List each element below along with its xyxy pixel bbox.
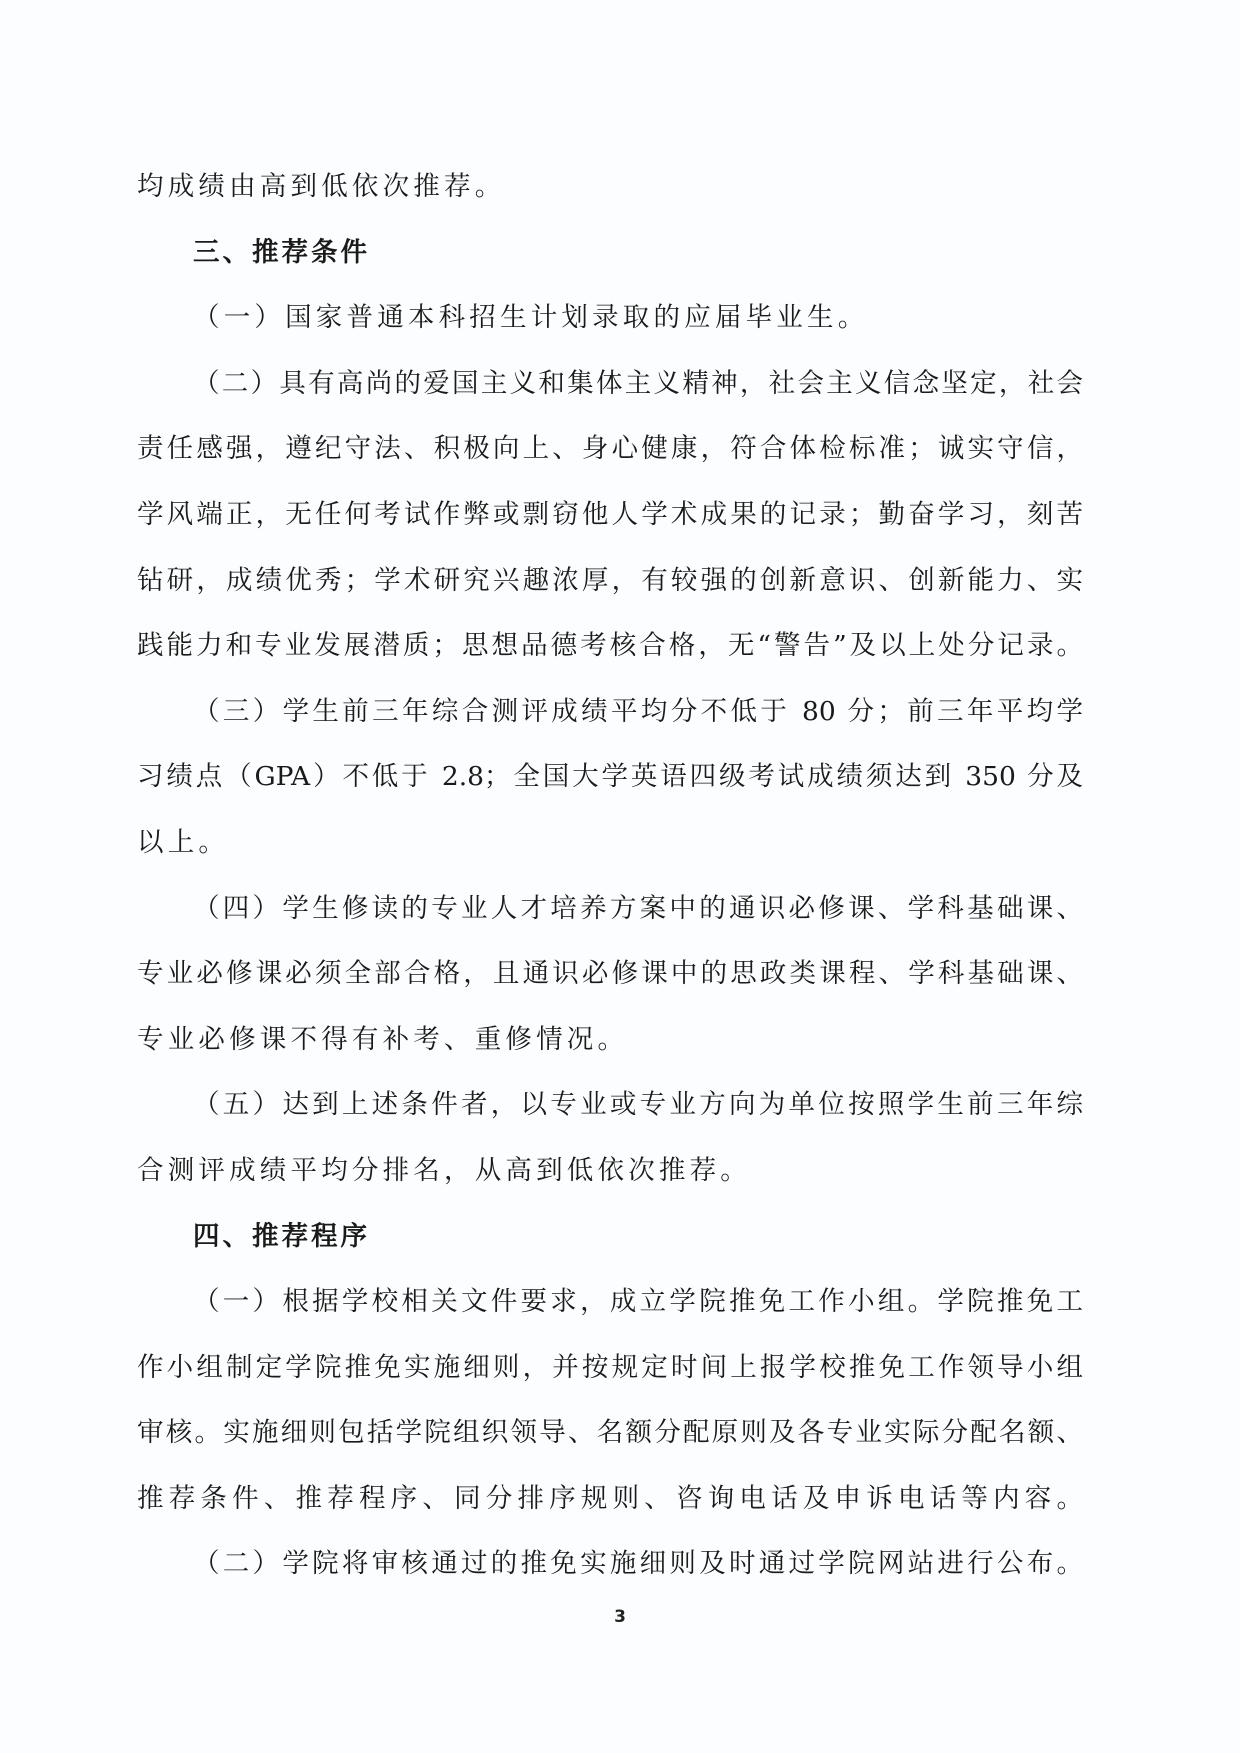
section-heading-recommendation-conditions: 三、推荐条件 bbox=[137, 220, 1083, 286]
condition-4-line: （四）学生修读的专业人才培养方案中的通识必修课、学科基础课、 bbox=[137, 876, 1083, 942]
procedure-1-line: 推荐条件、推荐程序、同分排序规则、咨询电话及申诉电话等内容。 bbox=[137, 1466, 1083, 1532]
condition-4-line: 专业必修课必须全部合格，且通识必修课中的思政类课程、学科基础课、 bbox=[137, 941, 1083, 1007]
procedure-1-line: 审核。实施细则包括学院组织领导、名额分配原则及各专业实际分配名额、 bbox=[137, 1400, 1083, 1466]
condition-5-line: （五）达到上述条件者，以专业或专业方向为单位按照学生前三年综 bbox=[137, 1072, 1083, 1138]
page-number: 3 bbox=[0, 1607, 1240, 1627]
condition-4-line: 专业必修课不得有补考、重修情况。 bbox=[137, 1007, 1083, 1073]
condition-2-line: （二）具有高尚的爱国主义和集体主义精神，社会主义信念坚定，社会 bbox=[137, 351, 1083, 417]
condition-2-line: 钻研，成绩优秀；学术研究兴趣浓厚，有较强的创新意识、创新能力、实 bbox=[137, 548, 1083, 614]
document-body: 均成绩由高到低依次推荐。 三、推荐条件 （一）国家普通本科招生计划录取的应届毕业… bbox=[137, 154, 1083, 1597]
procedure-1-line: 作小组制定学院推免实施细则，并按规定时间上报学校推免工作领导小组 bbox=[137, 1335, 1083, 1401]
procedure-1-line: （一）根据学校相关文件要求，成立学院推免工作小组。学院推免工 bbox=[137, 1269, 1083, 1335]
condition-3-line: 以上。 bbox=[137, 810, 1083, 876]
condition-2-line: 学风端正，无任何考试作弊或剽窃他人学术成果的记录；勤奋学习，刻苦 bbox=[137, 482, 1083, 548]
condition-5-line: 合测评成绩平均分排名，从高到低依次推荐。 bbox=[137, 1138, 1083, 1204]
condition-3-line: 习绩点（GPA）不低于 2.8；全国大学英语四级考试成绩须达到 350 分及 bbox=[137, 744, 1083, 810]
condition-2-line: 责任感强，遵纪守法、积极向上、身心健康，符合体检标准；诚实守信， bbox=[137, 416, 1083, 482]
paragraph-line: 均成绩由高到低依次推荐。 bbox=[137, 154, 1083, 220]
condition-2-line: 践能力和专业发展潜质；思想品德考核合格，无“警告”及以上处分记录。 bbox=[137, 613, 1083, 679]
procedure-2-line: （二）学院将审核通过的推免实施细则及时通过学院网站进行公布。 bbox=[137, 1531, 1083, 1597]
condition-3-line: （三）学生前三年综合测评成绩平均分不低于 80 分；前三年平均学 bbox=[137, 679, 1083, 745]
document-page: 均成绩由高到低依次推荐。 三、推荐条件 （一）国家普通本科招生计划录取的应届毕业… bbox=[0, 0, 1240, 1753]
condition-1: （一）国家普通本科招生计划录取的应届毕业生。 bbox=[137, 285, 1083, 351]
section-heading-recommendation-procedure: 四、推荐程序 bbox=[137, 1204, 1083, 1270]
